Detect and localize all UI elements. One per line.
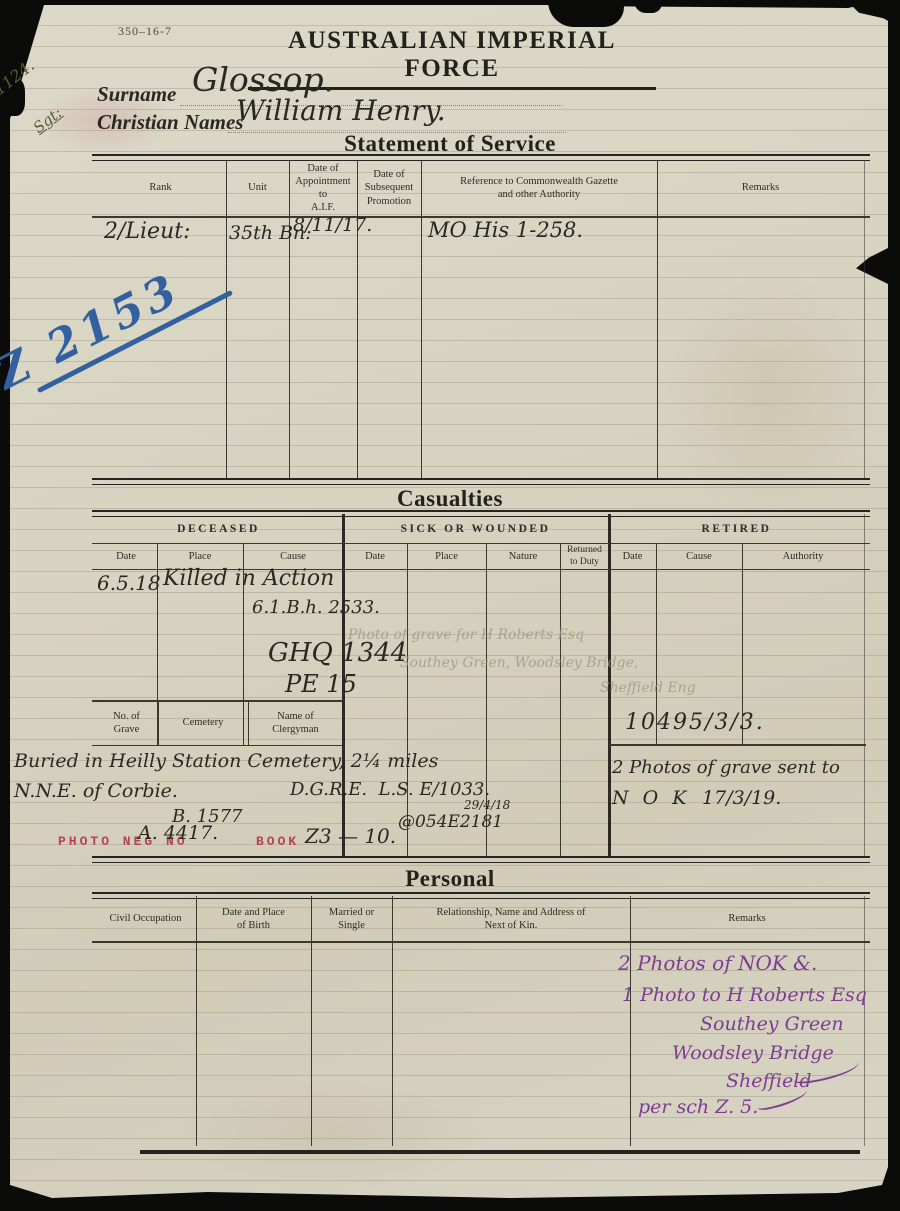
sos-header-remarks: Remarks [657, 162, 864, 214]
cas-group-retired: RETIRED [609, 517, 864, 541]
cas-header-r-date: Date [609, 545, 656, 568]
cas-header-s-date: Date [343, 545, 407, 568]
cas-header-d-cause: Cause [243, 545, 343, 568]
form-code: 350–16-7 [118, 24, 172, 39]
personal-right-edge [864, 896, 865, 1146]
cas-right-edge [864, 514, 865, 858]
personal-header-married: Married or Single [311, 897, 392, 941]
grave-header-no: No. of Grave [95, 702, 158, 744]
retired-ref-underline [609, 744, 866, 746]
cas-col-line [560, 543, 561, 858]
torn-edge-top [548, 0, 624, 27]
sos-entry-gazette-reference: MO His 1-258. [428, 218, 583, 242]
personal-remark-3: Southey Green [700, 1013, 844, 1035]
cas-pencil-note2: Southey Green, Woodsley Bridge, [400, 655, 638, 671]
personal-title: Personal [350, 866, 550, 892]
cas-header-s-returned: Returned to Duty [560, 544, 609, 569]
sos-entry-appointment-date: 8/11/17. [293, 214, 372, 236]
cas-deceased-cause2: 6.1.B.h. 2533. [252, 597, 380, 618]
sos-bottom-rule [92, 478, 870, 485]
personal-header-occupation: Civil Occupation [95, 897, 196, 941]
christian-names-label: Christian Names [97, 110, 243, 135]
personal-remark-6: per sch Z. 5. [638, 1096, 758, 1118]
cas-header-r-authority: Authority [742, 545, 864, 568]
casualties-title: Casualties [350, 486, 550, 512]
cas-ref-pe: PE 15 [285, 670, 357, 698]
christian-names-value: William Henry. [236, 94, 446, 127]
grave-header-clergyman: Name of Clergyman [248, 702, 343, 744]
burial-line1: Buried in Heilly Station Cemetery, 2¼ mi… [14, 750, 438, 772]
personal-header-rule [92, 941, 870, 943]
cas-deceased-date: 6.5.18 [97, 571, 161, 595]
cas-header-d-date: Date [95, 545, 157, 568]
burial-line2: N.N.E. of Corbie. [14, 780, 178, 802]
cas-top-rule [92, 510, 870, 517]
personal-bottom-rule [140, 1150, 860, 1154]
sos-header-reference: Reference to Commonwealth Gazette and ot… [421, 162, 657, 214]
sos-header-unit: Unit [226, 162, 289, 214]
sos-header-appointment: Date of Appointment to A.I.F. [289, 160, 357, 216]
document-scan: 1124. Sgt: 350–16-7 AUSTRALIAN IMPERIAL … [0, 0, 900, 1211]
grave-bottom-rule [92, 745, 343, 746]
cas-deceased-cause1: Killed in Action [163, 566, 334, 591]
personal-remark-1: 2 Photos of NOK &. [618, 951, 817, 975]
cas-ref-ghq: GHQ 1344 [268, 638, 407, 668]
cas-group-sick: SICK OR WOUNDED [343, 517, 608, 541]
burial-reg-ref: @054E2181 [398, 812, 503, 832]
personal-header-remarks: Remarks [630, 897, 864, 941]
cas-header-s-place: Place [407, 545, 486, 568]
sos-right-edge [864, 160, 865, 480]
photo-neg-value: A. 4417. [138, 822, 218, 844]
grave-header-cemetery: Cemetery [158, 702, 248, 744]
personal-remark-2: 1 Photo to H Roberts Esq [622, 984, 867, 1006]
sos-top-rule [92, 154, 870, 161]
cas-header-d-place: Place [157, 545, 243, 568]
personal-header-nok: Relationship, Name and Address of Next o… [392, 897, 630, 941]
surname-label: Surname [97, 82, 176, 107]
photos-note-line1: 2 Photos of grave sent to [612, 757, 840, 778]
book-stamp-label: BOOK [256, 834, 299, 849]
photos-note-date: 17/3/19. [702, 787, 781, 809]
cas-bottom-rule [92, 856, 870, 863]
cas-header-r-cause: Cause [656, 545, 742, 568]
burial-reg-date: 29/4/18 [464, 798, 510, 812]
sos-header-promotion: Date of Subsequent Promotion [357, 162, 421, 214]
cas-group-deceased: DECEASED [95, 517, 342, 541]
book-value: Z3 — 10. [305, 824, 396, 848]
burial-dgre: D.G.R.E. L.S. E/1033. [290, 779, 490, 800]
corner-rank: Sgt: [25, 100, 72, 142]
cas-col-line [407, 543, 408, 858]
cas-header-s-nature: Nature [486, 545, 560, 568]
cas-pencil-note3: Sheffield Eng [600, 680, 696, 696]
corner-number: 1124. [0, 56, 38, 99]
retired-ref: 10495/3/3. [625, 710, 765, 735]
personal-remark-4: Woodsley Bridge [672, 1042, 834, 1064]
photos-note-line2: N O K [612, 787, 690, 809]
personal-header-birth: Date and Place of Birth [196, 897, 311, 941]
sos-entry-rank: 2/Lieut: [104, 219, 191, 244]
sos-header-rank: Rank [95, 162, 226, 214]
